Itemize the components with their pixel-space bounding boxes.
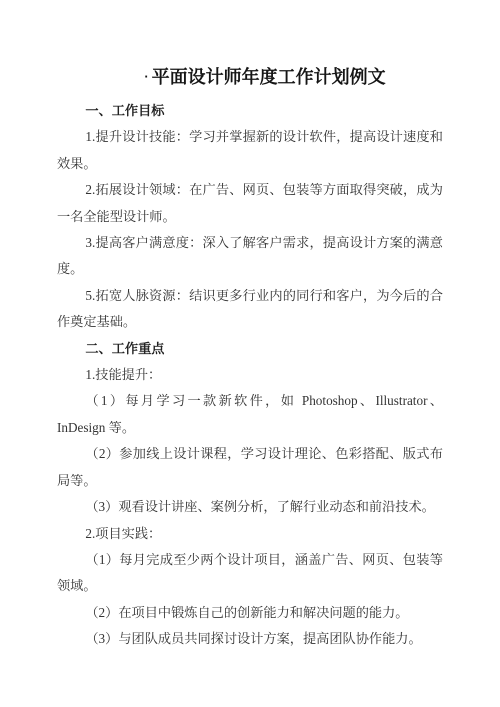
paragraph-goal-5: 5.拓宽人脉资源：结识更多行业内的同行和客户，为今后的合作奠定基础。 [57,283,443,336]
paragraph-goal-2: 2.拓展设计领域：在广告、网页、包装等方面取得突破，成为一名全能型设计师。 [57,177,443,230]
document-body: 一、工作目标 1.提升设计技能：学习并掌握新的设计软件，提高设计速度和效果。 2… [57,98,443,653]
paragraph-goal-3: 3.提高客户满意度：深入了解客户需求，提高设计方案的满意度。 [57,230,443,283]
section-heading-focus: 二、工作重点 [57,336,443,362]
paragraph-skills-label: 1.技能提升： [57,362,443,388]
section-heading-goals: 一、工作目标 [57,98,443,124]
document-page: ·平面设计师年度工作计划例文 一、工作目标 1.提升设计技能：学习并掌握新的设计… [0,0,500,707]
title-bullet: · [144,69,148,84]
paragraph-practice-1: （1）每月完成至少两个设计项目，涵盖广告、网页、包装等领域。 [57,547,443,600]
paragraph-skills-2: （2）参加线上设计课程，学习设计理论、色彩搭配、版式布局等。 [57,441,443,494]
paragraph-practice-label: 2.项目实践： [57,521,443,547]
paragraph-skills-3: （3）观看设计讲座、案例分析，了解行业动态和前沿技术。 [57,494,443,520]
document-title-text: 平面设计师年度工作计划例文 [152,67,386,87]
paragraph-practice-3: （3）与团队成员共同探讨设计方案，提高团队协作能力。 [57,626,443,652]
document-title: ·平面设计师年度工作计划例文 [15,64,500,90]
paragraph-practice-2: （2）在项目中锻炼自己的创新能力和解决问题的能力。 [57,600,443,626]
paragraph-goal-1: 1.提升设计技能：学习并掌握新的设计软件，提高设计速度和效果。 [57,124,443,177]
paragraph-skills-1: （1）每月学习一款新软件，如 Photoshop、Illustrator、InD… [57,388,443,441]
